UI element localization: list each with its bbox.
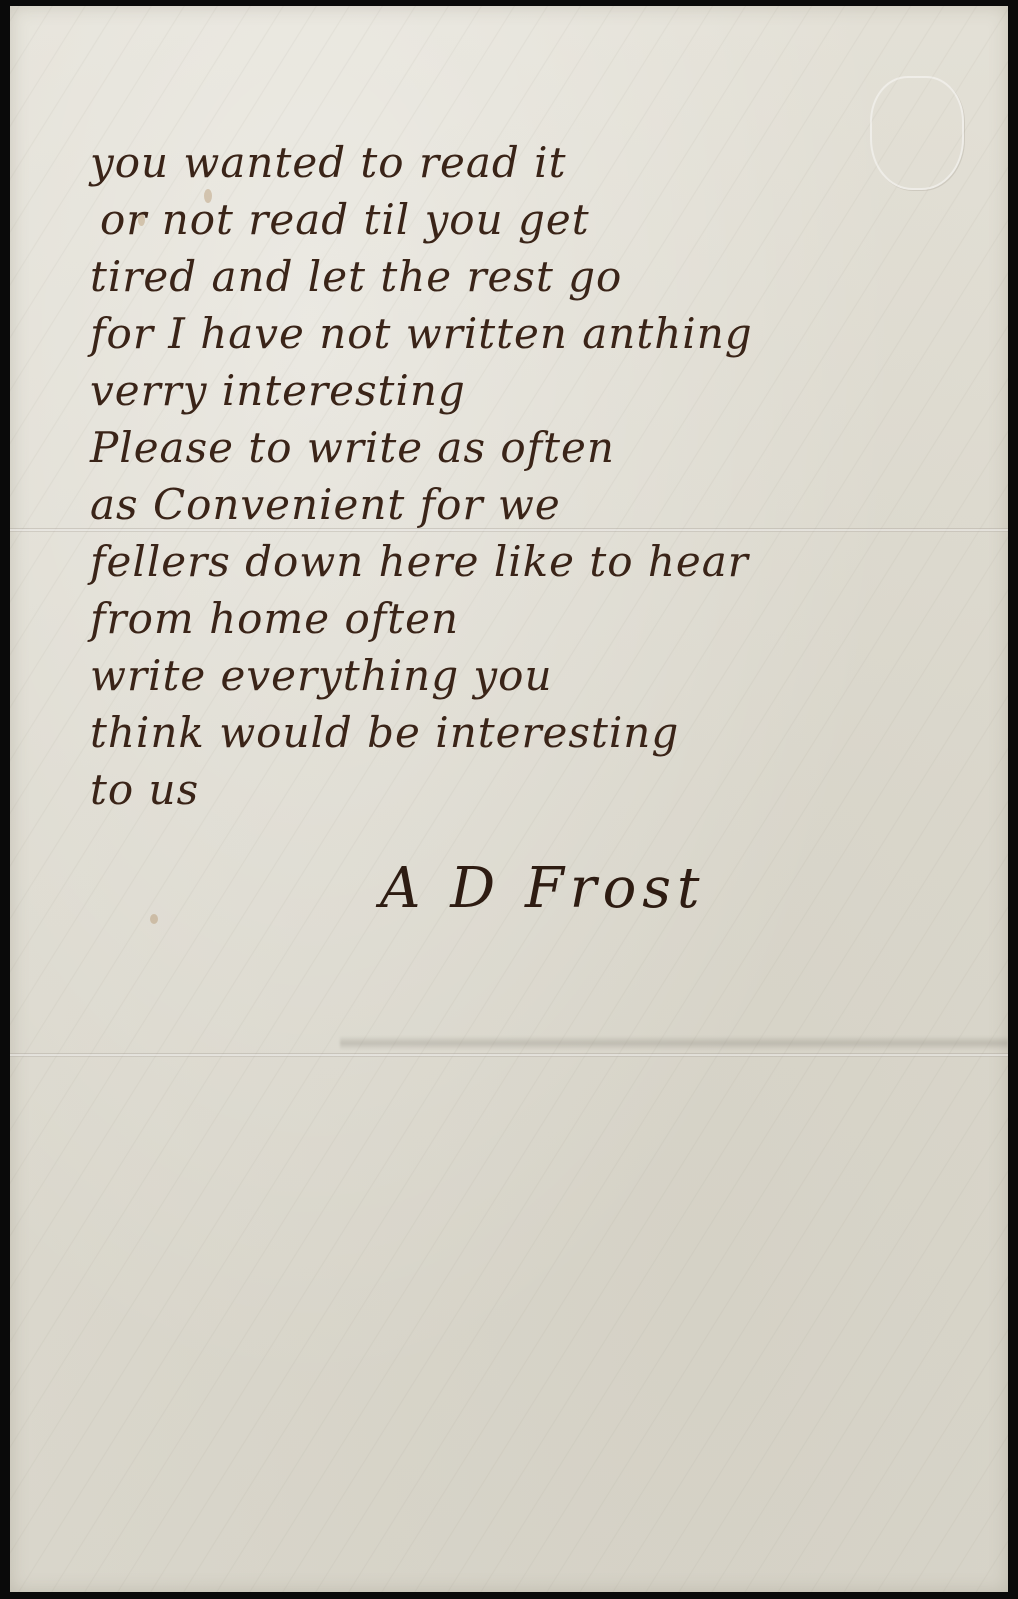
signature: A D Frost	[380, 856, 706, 921]
letter-line: as Convenient for we	[90, 476, 990, 533]
letter-line: to us	[90, 761, 990, 818]
letter-line: verry interesting	[90, 362, 990, 419]
letter-page: you wanted to read it or not read til yo…	[10, 6, 1008, 1592]
letter-line: for I have not written anthing	[90, 305, 990, 362]
letter-line: fellers down here like to hear	[90, 533, 990, 590]
letter-line: or not read til you get	[90, 191, 990, 248]
letter-line: think would be interesting	[90, 704, 990, 761]
letter-line: you wanted to read it	[90, 134, 990, 191]
letter-line: tired and let the rest go	[90, 248, 990, 305]
crease-shadow	[340, 1036, 1008, 1050]
letter-line: from home often	[90, 590, 990, 647]
letter-body: you wanted to read it or not read til yo…	[90, 134, 990, 818]
letter-line: write everything you	[90, 647, 990, 704]
ink-stain	[150, 914, 158, 924]
letter-line: Please to write as often	[90, 419, 990, 476]
fold-line-lower	[10, 1053, 1008, 1057]
